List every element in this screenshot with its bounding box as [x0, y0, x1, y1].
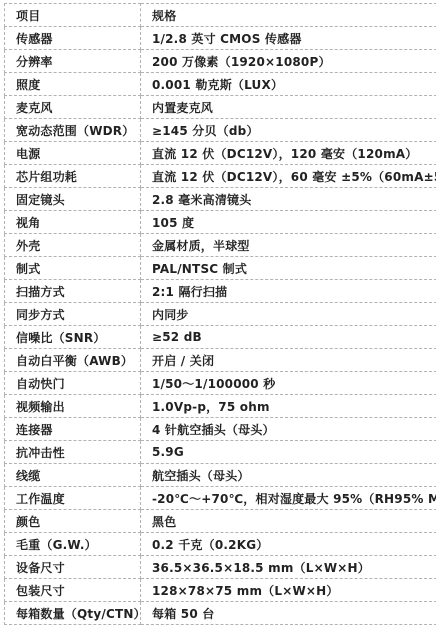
table-row: 同步方式内同步	[5, 303, 436, 326]
spec-item-label: 制式	[5, 257, 141, 280]
spec-value: 黑色	[141, 510, 436, 533]
spec-value: 内置麦克风	[141, 96, 436, 119]
spec-item-label: 视频输出	[5, 395, 141, 418]
table-row: 外壳金属材质，半球型	[5, 234, 436, 257]
spec-value: ≥145 分贝（db）	[141, 119, 436, 142]
table-row: 自动快门1/50～1/100000 秒	[5, 372, 436, 395]
spec-item-label: 芯片组功耗	[5, 165, 141, 188]
spec-item-label: 线缆	[5, 464, 141, 487]
table-row: 扫描方式2:1 隔行扫描	[5, 280, 436, 303]
spec-item-label: 电源	[5, 142, 141, 165]
spec-value: 金属材质，半球型	[141, 234, 436, 257]
spec-item-label: 宽动态范围（WDR）	[5, 119, 141, 142]
table-row: 传感器1/2.8 英寸 CMOS 传感器	[5, 27, 436, 50]
table-row: 每箱数量（Qty/CTN）每箱 50 台	[5, 602, 436, 625]
spec-item-label: 照度	[5, 73, 141, 96]
spec-item-label: 自动白平衡（AWB）	[5, 349, 141, 372]
spec-item-label: 扫描方式	[5, 280, 141, 303]
table-row: 自动白平衡（AWB）开启 / 关闭	[5, 349, 436, 372]
spec-value: 直流 12 伏（DC12V），120 毫安（120mA）	[141, 142, 436, 165]
spec-page: 项目 规格 传感器1/2.8 英寸 CMOS 传感器分辨率200 万像素（192…	[0, 0, 436, 631]
spec-item-label: 设备尺寸	[5, 556, 141, 579]
table-row: 固定镜头2.8 毫米高清镜头	[5, 188, 436, 211]
table-row: 毛重（G.W.）0.2 千克（0.2KG）	[5, 533, 436, 556]
spec-value: -20℃～+70℃，相对湿度最大 95%（RH95% Max）	[141, 487, 436, 510]
table-row: 颜色黑色	[5, 510, 436, 533]
table-row: 制式PAL/NTSC 制式	[5, 257, 436, 280]
spec-value: 航空插头（母头）	[141, 464, 436, 487]
spec-table: 项目 规格 传感器1/2.8 英寸 CMOS 传感器分辨率200 万像素（192…	[4, 3, 436, 625]
table-row: 芯片组功耗直流 12 伏（DC12V），60 毫安 ±5%（60mA±5%）	[5, 165, 436, 188]
table-row: 连接器4 针航空插头（母头）	[5, 418, 436, 441]
spec-value: 1/50～1/100000 秒	[141, 372, 436, 395]
table-row: 分辨率200 万像素（1920×1080P）	[5, 50, 436, 73]
table-row: 包装尺寸128×78×75 mm（L×W×H）	[5, 579, 436, 602]
header-item-cell: 项目	[5, 4, 141, 27]
spec-item-label: 毛重（G.W.）	[5, 533, 141, 556]
spec-value: 0.001 勒克斯（LUX）	[141, 73, 436, 96]
spec-item-label: 工作温度	[5, 487, 141, 510]
spec-value: 200 万像素（1920×1080P）	[141, 50, 436, 73]
table-row: 设备尺寸36.5×36.5×18.5 mm（L×W×H）	[5, 556, 436, 579]
spec-item-label: 外壳	[5, 234, 141, 257]
spec-item-label: 连接器	[5, 418, 141, 441]
spec-value: 直流 12 伏（DC12V），60 毫安 ±5%（60mA±5%）	[141, 165, 436, 188]
spec-value: 4 针航空插头（母头）	[141, 418, 436, 441]
spec-item-label: 麦克风	[5, 96, 141, 119]
spec-value: 内同步	[141, 303, 436, 326]
spec-item-label: 传感器	[5, 27, 141, 50]
spec-value: ≥52 dB	[141, 326, 436, 349]
table-row: 宽动态范围（WDR）≥145 分贝（db）	[5, 119, 436, 142]
spec-item-label: 自动快门	[5, 372, 141, 395]
table-header-row: 项目 规格	[5, 4, 436, 27]
spec-item-label: 包装尺寸	[5, 579, 141, 602]
spec-item-label: 分辨率	[5, 50, 141, 73]
spec-value: 每箱 50 台	[141, 602, 436, 625]
spec-value: 开启 / 关闭	[141, 349, 436, 372]
spec-item-label: 每箱数量（Qty/CTN）	[5, 602, 141, 625]
spec-value: 105 度	[141, 211, 436, 234]
table-row: 电源直流 12 伏（DC12V），120 毫安（120mA）	[5, 142, 436, 165]
spec-item-label: 抗冲击性	[5, 441, 141, 464]
spec-item-label: 颜色	[5, 510, 141, 533]
spec-value: 1.0Vp-p，75 ohm	[141, 395, 436, 418]
spec-value: PAL/NTSC 制式	[141, 257, 436, 280]
spec-value: 36.5×36.5×18.5 mm（L×W×H）	[141, 556, 436, 579]
spec-value: 5.9G	[141, 441, 436, 464]
spec-value: 1/2.8 英寸 CMOS 传感器	[141, 27, 436, 50]
spec-item-label: 固定镜头	[5, 188, 141, 211]
table-row: 麦克风内置麦克风	[5, 96, 436, 119]
spec-value: 0.2 千克（0.2KG）	[141, 533, 436, 556]
spec-item-label: 同步方式	[5, 303, 141, 326]
table-row: 线缆航空插头（母头）	[5, 464, 436, 487]
spec-value: 2:1 隔行扫描	[141, 280, 436, 303]
table-row: 照度0.001 勒克斯（LUX）	[5, 73, 436, 96]
spec-item-label: 信噪比（SNR）	[5, 326, 141, 349]
header-spec-cell: 规格	[141, 4, 436, 27]
spec-table-body: 项目 规格 传感器1/2.8 英寸 CMOS 传感器分辨率200 万像素（192…	[5, 4, 436, 625]
table-row: 视角105 度	[5, 211, 436, 234]
table-row: 工作温度-20℃～+70℃，相对湿度最大 95%（RH95% Max）	[5, 487, 436, 510]
spec-value: 2.8 毫米高清镜头	[141, 188, 436, 211]
table-row: 信噪比（SNR）≥52 dB	[5, 326, 436, 349]
table-row: 视频输出1.0Vp-p，75 ohm	[5, 395, 436, 418]
spec-item-label: 视角	[5, 211, 141, 234]
table-row: 抗冲击性5.9G	[5, 441, 436, 464]
spec-value: 128×78×75 mm（L×W×H）	[141, 579, 436, 602]
